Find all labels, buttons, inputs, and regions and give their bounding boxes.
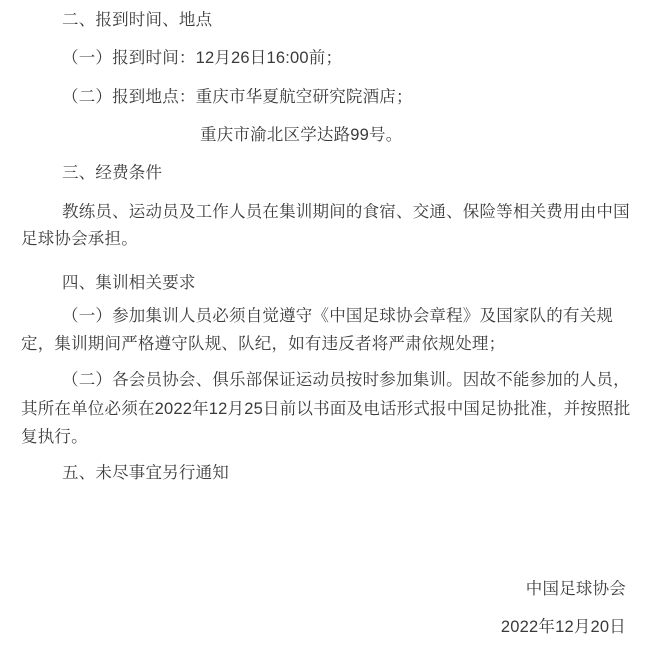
section-heading-report-time-place: 二、报到时间、地点	[21, 6, 626, 34]
section-heading-training-requirements: 四、集训相关要求	[21, 269, 626, 297]
notice-document: 二、报到时间、地点 （一）报到时间：12月26日16:00前； （二）报到地点：…	[0, 0, 647, 652]
signature-date: 2022年12月20日	[21, 613, 626, 641]
expenses-paragraph-line-1: 教练员、运动员及工作人员在集训期间的食宿、交通、保险等相关费用由中国	[21, 198, 626, 226]
requirement-1-line-1: （一）参加集训人员必须自觉遵守《中国足球协会章程》及国家队的有关规	[21, 302, 626, 330]
section-heading-expenses: 三、经费条件	[21, 159, 626, 187]
item-report-time: （一）报到时间：12月26日16:00前；	[21, 44, 626, 72]
requirement-2-line-1: （二）各会员协会、俱乐部保证运动员按时参加集训。因故不能参加的人员，	[21, 366, 626, 394]
expenses-paragraph-line-2: 足球协会承担。	[21, 225, 626, 253]
item-report-place: （二）报到地点：重庆市华夏航空研究院酒店；	[21, 83, 626, 111]
signature-organization: 中国足球协会	[21, 575, 626, 603]
section-heading-other-matters: 五、未尽事宜另行通知	[21, 459, 626, 487]
report-place-address: 重庆市渝北区学达路99号。	[21, 121, 626, 149]
requirement-2-line-3: 复执行。	[21, 423, 626, 451]
requirement-2-line-2: 其所在单位必须在2022年12月25日前以书面及电话形式报中国足协批准，并按照批	[21, 395, 626, 423]
requirement-1-line-2: 定，集训期间严格遵守队规、队纪，如有违反者将严肃依规处理；	[21, 330, 626, 358]
